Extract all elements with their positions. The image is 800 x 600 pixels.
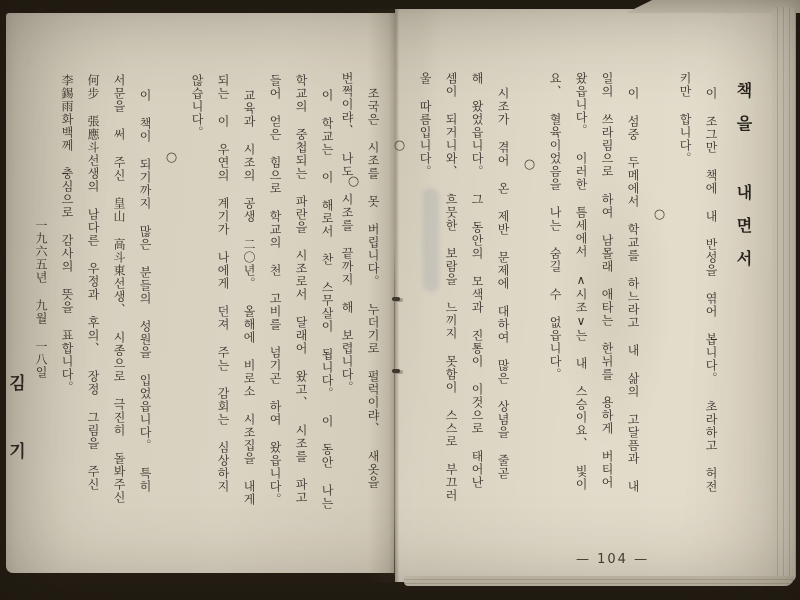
- section-divider-circle: ○: [386, 72, 412, 504]
- section-divider-circle: ○: [516, 72, 542, 504]
- paragraph: 이 책이 되기까지 많은 분들의 성원을 입었읍니다。 특히 서문을 써 주신 …: [54, 74, 158, 516]
- page-edge-stack-bottom: [404, 576, 794, 586]
- date-line: 一九六五년 九월 一八일: [28, 74, 54, 516]
- section-divider-circle: ○: [646, 72, 672, 504]
- page-edge-stack-right: [772, 7, 796, 583]
- section-divider-circle: ○: [340, 74, 366, 516]
- paragraph: 시조가 겪어 온 제반 문제에 대하여 많은 상념을 줄곧 해 왔었읍니다。 그…: [412, 72, 516, 504]
- paragraph: 교육과 시조의 공생 二〇년。 올해에 비로소 시조집을 내게 되는 이 우연의…: [184, 74, 262, 516]
- paragraph: 이 조그만 책에 내 반성을 엮어 봅니다。 초라하고 허전키만 합니다。: [672, 72, 724, 504]
- right-page-text: 책을 내면서 이 조그만 책에 내 반성을 엮어 봅니다。 초라하고 허전키만 …: [410, 72, 758, 504]
- page-number: — 104 —: [576, 552, 649, 567]
- left-page-text: ○ 이 학교는 이 해로서 찬 스무살이 됩니다。 이 동안 나는 학교의 중첩…: [28, 74, 366, 516]
- author-signature: 김 기 호: [0, 74, 28, 516]
- paragraph: 이 학교는 이 해로서 찬 스무살이 됩니다。 이 동안 나는 학교의 중첩되는…: [262, 74, 340, 516]
- paragraph: 이 섬중 두메에서 학교를 하느라고 내 삶의 고달픔과 내 일의 쓰라림으로 …: [542, 72, 646, 504]
- book-scan-photo: 책을 내면서 이 조그만 책에 내 반성을 엮어 봅니다。 초라하고 허전키만 …: [0, 0, 800, 600]
- page-title: 책을 내면서: [728, 72, 758, 504]
- section-divider-circle: ○: [158, 74, 184, 516]
